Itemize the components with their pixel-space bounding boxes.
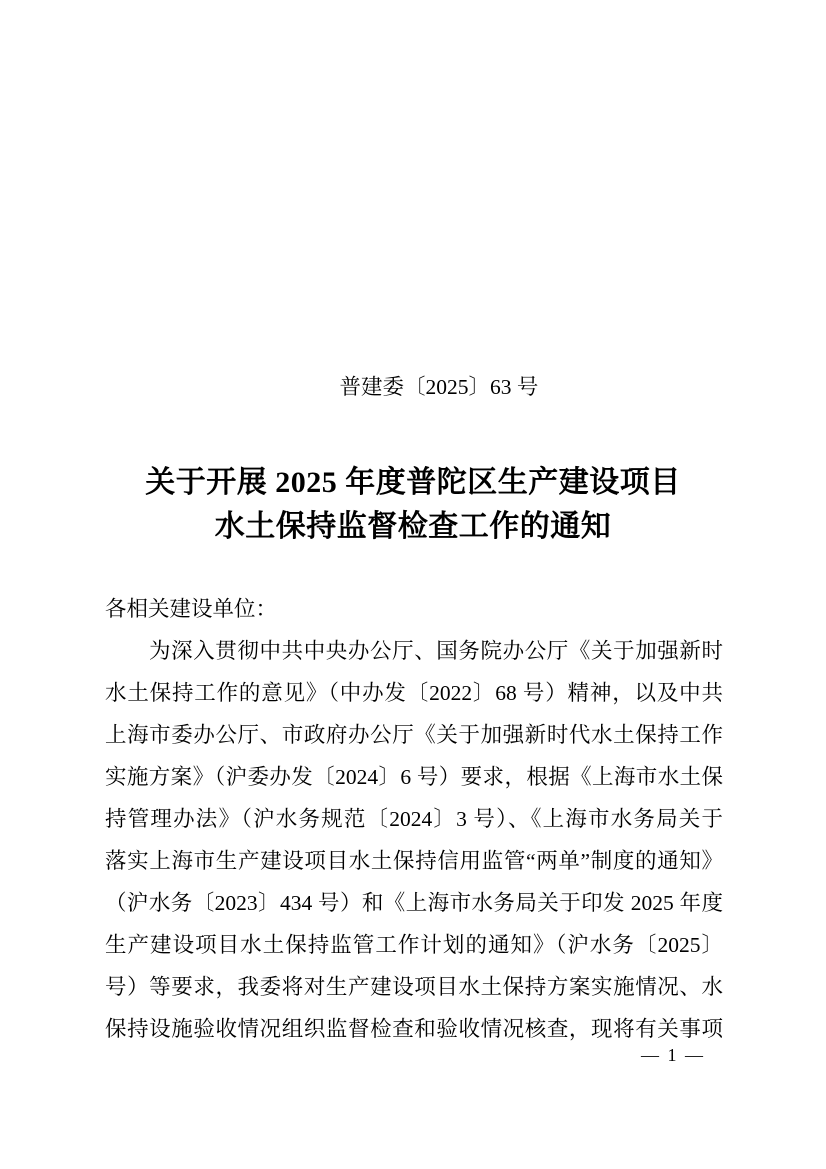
body-paragraph: 为深入贯彻中共中央办公厅、国务院办公厅《关于加强新时代 水土保持工作的意见》（中…	[105, 630, 723, 1050]
doc-number: 普建委〔2025〕63 号	[0, 371, 826, 403]
body-line: 上海市委办公厅、市政府办公厅《关于加强新时代水土保持工作的	[105, 714, 723, 756]
body-line: （沪水务〔2023〕434 号）和《上海市水务局关于印发 2025 年度	[105, 882, 723, 924]
body-line: 号）等要求，我委将对生产建设项目水土保持方案实施情况、水土	[105, 966, 723, 1008]
body-line: 实施方案》（沪委办发〔2024〕6 号）要求，根据《上海市水土保	[105, 756, 723, 798]
title-line-1: 关于开展 2025 年度普陀区生产建设项目	[0, 461, 826, 505]
body-line: 保持设施验收情况组织监督检查和验收情况核查，现将有关事项通	[105, 1008, 723, 1050]
body-line: 生产建设项目水土保持监管工作计划的通知》（沪水务〔2025〕100	[105, 924, 723, 966]
body-line: 持管理办法》（沪水务规范〔2024〕3 号）、《上海市水务局关于	[105, 798, 723, 840]
body-line: 水土保持工作的意见》（中办发〔2022〕68 号）精神，以及中共	[105, 672, 723, 714]
body-line: 为深入贯彻中共中央办公厅、国务院办公厅《关于加强新时代	[105, 630, 723, 672]
document-page: 普建委〔2025〕63 号 关于开展 2025 年度普陀区生产建设项目 水土保持…	[0, 0, 826, 1169]
salutation: 各相关建设单位：	[105, 588, 277, 630]
document-title: 关于开展 2025 年度普陀区生产建设项目 水土保持监督检查工作的通知	[0, 461, 826, 549]
title-line-2: 水土保持监督检查工作的通知	[0, 505, 826, 549]
page-number: — 1 —	[641, 1041, 705, 1069]
body-line: 落实上海市生产建设项目水土保持信用监管“两单”制度的通知》	[105, 840, 723, 882]
